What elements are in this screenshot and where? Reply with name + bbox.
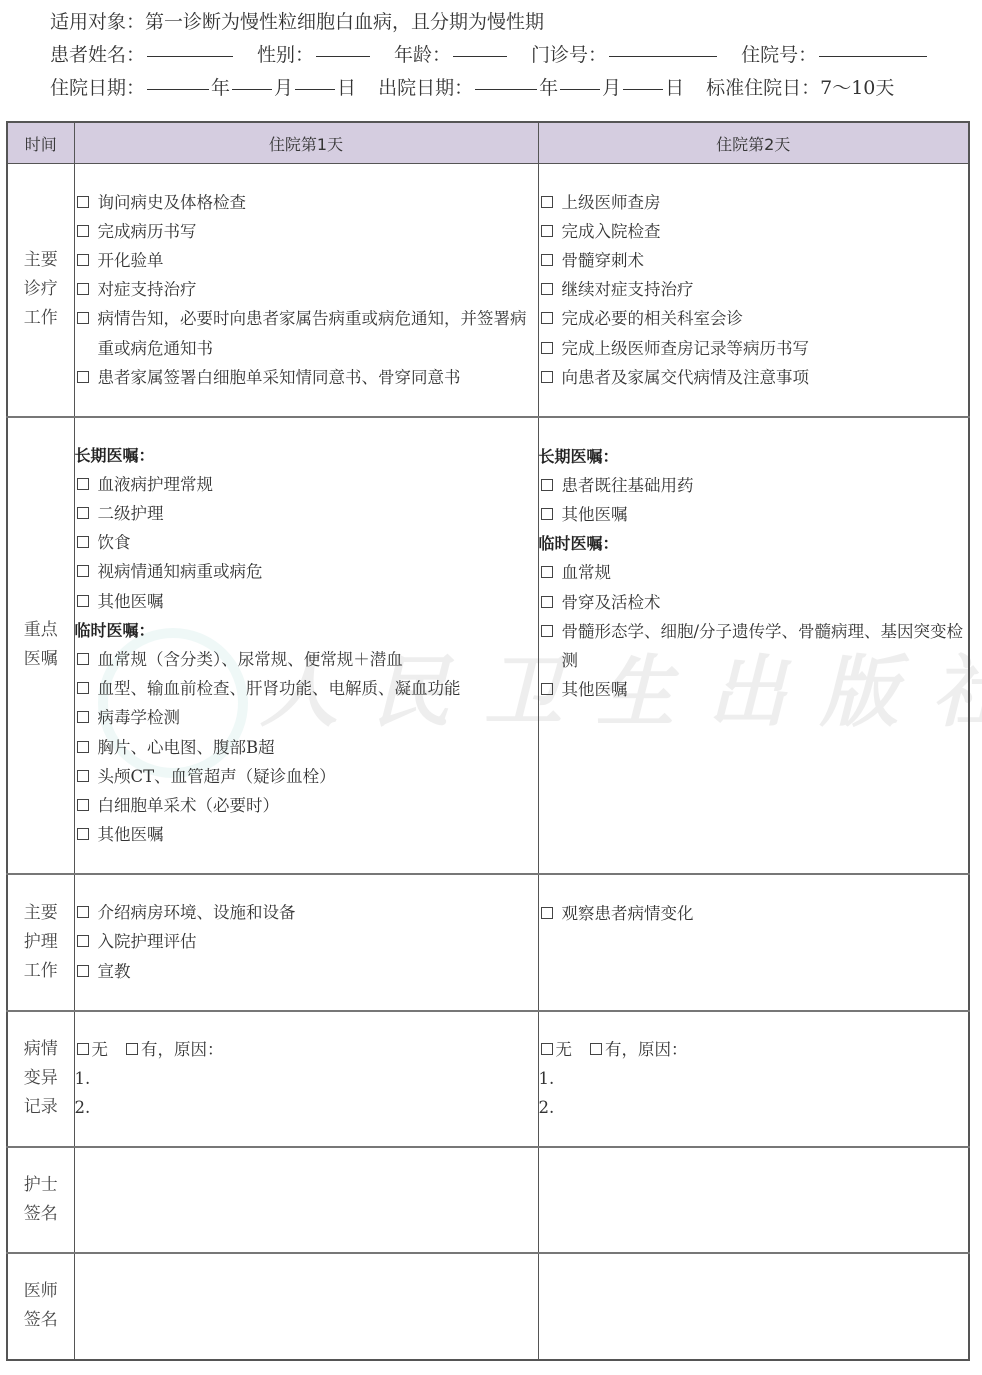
checkbox-icon[interactable]	[541, 907, 553, 919]
checklist-item[interactable]: 骨髓穿刺术	[539, 246, 969, 275]
long-term-orders-title: 长期医嘱：	[539, 442, 969, 471]
checkbox-icon[interactable]	[541, 596, 553, 608]
checklist-item[interactable]: 饮食	[75, 528, 538, 557]
row-label-doctor-sign: 医师 签名	[7, 1253, 74, 1360]
checklist-item[interactable]: 完成入院检查	[539, 217, 969, 246]
variation-reason-1[interactable]: 1.	[75, 1064, 538, 1093]
main-work-day1: 询问病史及体格检查 完成病历书写 开化验单 对症支持治疗 病情告知，必要时向患者…	[74, 164, 538, 417]
applicable-text: 适用对象：第一诊断为慢性粒细胞白血病，且分期为慢性期	[50, 6, 544, 39]
checkbox-icon[interactable]	[541, 508, 553, 520]
checklist-item[interactable]: 胸片、心电图、腹部B超	[75, 733, 538, 762]
checkbox-icon[interactable]	[77, 711, 89, 723]
table-row-doctor-sign: 医师 签名	[7, 1253, 969, 1360]
patient-name-blank[interactable]	[147, 55, 233, 57]
standard-stay: 标准住院日：7～10天	[706, 72, 894, 105]
checkbox-icon[interactable]	[77, 225, 89, 237]
row-label-main-work: 主要 诊疗 工作	[7, 164, 74, 417]
checklist-item[interactable]: 其他医嘱	[539, 500, 969, 529]
checkbox-icon[interactable]	[77, 741, 89, 753]
checkbox-icon[interactable]	[77, 196, 89, 208]
checkbox-icon[interactable]	[77, 595, 89, 607]
checkbox-icon[interactable]	[77, 906, 89, 918]
orders-day1: 长期医嘱： 血液病护理常规 二级护理 饮食 视病情通知病重或病危 其他医嘱 临时…	[74, 417, 538, 874]
variation-yes-option[interactable]: 有，原因：	[124, 1035, 224, 1064]
table-row-nursing: 主要 护理 工作 介绍病房环境、设施和设备 入院护理评估 宣教 观察患者病情变化	[7, 874, 969, 1011]
checkbox-icon[interactable]	[77, 254, 89, 266]
age-field[interactable]: 年龄：	[394, 39, 509, 72]
checklist-item[interactable]: 骨髓形态学、细胞/分子遗传学、骨髓病理、基因突变检测	[539, 617, 969, 675]
checkbox-icon[interactable]	[77, 312, 89, 324]
checkbox-icon[interactable]	[590, 1043, 602, 1055]
variation-none-option[interactable]: 无	[75, 1035, 109, 1064]
checkbox-icon[interactable]	[541, 371, 553, 383]
temporary-orders-title: 临时医嘱：	[539, 529, 969, 558]
inpatient-no-blank[interactable]	[819, 55, 927, 57]
checklist-item[interactable]: 血型、输血前检查、肝肾功能、电解质、凝血功能	[75, 674, 538, 703]
checkbox-icon[interactable]	[77, 770, 89, 782]
checklist-item[interactable]: 病情告知，必要时向患者家属告病重或病危通知，并签署病重或病危通知书	[75, 304, 538, 362]
orders-day2: 长期医嘱： 患者既往基础用药 其他医嘱 临时医嘱： 血常规 骨穿及活检术 骨髓形…	[538, 417, 969, 874]
checkbox-icon[interactable]	[77, 682, 89, 694]
checkbox-icon[interactable]	[77, 283, 89, 295]
admission-month-blank[interactable]	[232, 88, 272, 90]
checklist-item[interactable]: 上级医师查房	[539, 188, 969, 217]
table-row-variation: 病情 变异 记录 无 有，原因： 1. 2. 无 有，原因： 1. 2.	[7, 1011, 969, 1147]
checkbox-icon[interactable]	[541, 225, 553, 237]
checkbox-icon[interactable]	[77, 965, 89, 977]
checklist-item[interactable]: 骨穿及活检术	[539, 588, 969, 617]
doctor-signature-day1[interactable]	[74, 1253, 538, 1360]
checklist-item[interactable]: 血常规	[539, 558, 969, 587]
checkbox-icon[interactable]	[77, 799, 89, 811]
applicable-line: 适用对象：第一诊断为慢性粒细胞白血病，且分期为慢性期	[50, 6, 970, 39]
checklist-item[interactable]: 患者家属签署白细胞单采知情同意书、骨穿同意书	[75, 363, 538, 392]
temporary-orders-title: 临时医嘱：	[75, 616, 538, 645]
checkbox-icon[interactable]	[541, 683, 553, 695]
checkbox-icon[interactable]	[77, 935, 89, 947]
row-label-nurse-sign: 护士 签名	[7, 1147, 74, 1253]
checkbox-icon[interactable]	[77, 371, 89, 383]
checklist-item[interactable]: 头颅CT、血管超声（疑诊血栓）	[75, 762, 538, 791]
checklist-item[interactable]: 病毒学检测	[75, 703, 538, 732]
checklist-item[interactable]: 血液病护理常规	[75, 470, 538, 499]
checklist-item[interactable]: 患者既往基础用药	[539, 471, 969, 500]
checkbox-icon[interactable]	[541, 312, 553, 324]
variation-reason-2[interactable]: 2.	[539, 1093, 969, 1122]
checklist-item[interactable]: 宣教	[75, 957, 538, 986]
checklist-item[interactable]: 血常规（含分类）、尿常规、便常规＋潜血	[75, 645, 538, 674]
date-line: 住院日期： 年 月 日 出院日期： 年 月 日 标准住院日：7～10天	[50, 72, 970, 105]
checklist-item[interactable]: 完成上级医师查房记录等病历书写	[539, 334, 969, 363]
patient-info-line: 患者姓名： 性别： 年龄： 门诊号： 住院号：	[50, 39, 970, 72]
inpatient-no-field[interactable]: 住院号：	[741, 39, 929, 72]
checklist-item[interactable]: 二级护理	[75, 499, 538, 528]
checklist-item[interactable]: 向患者及家属交代病情及注意事项	[539, 363, 969, 392]
checkbox-icon[interactable]	[541, 254, 553, 266]
row-label-variation: 病情 变异 记录	[7, 1011, 74, 1147]
variation-reason-2[interactable]: 2.	[75, 1093, 538, 1122]
doctor-signature-day2[interactable]	[538, 1253, 969, 1360]
discharge-month-blank[interactable]	[560, 88, 600, 90]
row-label-orders: 重点 医嘱	[7, 417, 74, 874]
checklist-item[interactable]: 白细胞单采术（必要时）	[75, 791, 538, 820]
form-header: 适用对象：第一诊断为慢性粒细胞白血病，且分期为慢性期 患者姓名： 性别： 年龄：…	[50, 6, 970, 105]
table-row-nurse-sign: 护士 签名	[7, 1147, 969, 1253]
header-time: 时间	[7, 122, 74, 164]
admission-date-field[interactable]: 住院日期： 年 月 日	[50, 72, 356, 105]
gender-field[interactable]: 性别：	[257, 39, 372, 72]
gender-blank[interactable]	[316, 55, 370, 57]
admission-year-blank[interactable]	[147, 88, 209, 90]
variation-day2: 无 有，原因： 1. 2.	[538, 1011, 969, 1147]
checklist-item[interactable]: 询问病史及体格检查	[75, 188, 538, 217]
nursing-day2: 观察患者病情变化	[538, 874, 969, 1011]
checklist-item[interactable]: 入院护理评估	[75, 927, 538, 956]
main-work-day2: 上级医师查房 完成入院检查 骨髓穿刺术 继续对症支持治疗 完成必要的相关科室会诊…	[538, 164, 969, 417]
checkbox-icon[interactable]	[541, 283, 553, 295]
variation-yes-option[interactable]: 有，原因：	[588, 1035, 688, 1064]
variation-none-option[interactable]: 无	[539, 1035, 573, 1064]
variation-reason-1[interactable]: 1.	[539, 1064, 969, 1093]
checkbox-icon[interactable]	[541, 342, 553, 354]
admission-day-blank[interactable]	[295, 88, 335, 90]
checkbox-icon[interactable]	[126, 1043, 138, 1055]
outpatient-no-field[interactable]: 门诊号：	[531, 39, 719, 72]
checklist-item[interactable]: 观察患者病情变化	[539, 899, 969, 928]
table-row-main-work: 主要 诊疗 工作 询问病史及体格检查 完成病历书写 开化验单 对症支持治疗 病情…	[7, 164, 969, 417]
checkbox-icon[interactable]	[541, 196, 553, 208]
variation-day1: 无 有，原因： 1. 2.	[74, 1011, 538, 1147]
table-row-orders: 重点 医嘱 长期医嘱： 血液病护理常规 二级护理 饮食 视病情通知病重或病危 其…	[7, 417, 969, 874]
checkbox-icon[interactable]	[541, 566, 553, 578]
patient-name-field[interactable]: 患者姓名：	[50, 39, 235, 72]
checkbox-icon[interactable]	[77, 565, 89, 577]
age-blank[interactable]	[453, 55, 507, 57]
row-label-nursing: 主要 护理 工作	[7, 874, 74, 1011]
nurse-signature-day1[interactable]	[74, 1147, 538, 1253]
checklist-item[interactable]: 完成必要的相关科室会诊	[539, 304, 969, 333]
checkbox-icon[interactable]	[77, 536, 89, 548]
discharge-date-field[interactable]: 出院日期： 年 月 日	[378, 72, 684, 105]
discharge-year-blank[interactable]	[475, 88, 537, 90]
checklist-item[interactable]: 介绍病房环境、设施和设备	[75, 898, 538, 927]
checkbox-icon[interactable]	[541, 625, 553, 637]
header-day2: 住院第2天	[538, 122, 969, 164]
checkbox-icon[interactable]	[77, 828, 89, 840]
nurse-signature-day2[interactable]	[538, 1147, 969, 1253]
discharge-day-blank[interactable]	[623, 88, 663, 90]
table-header-row: 时间 住院第1天 住院第2天	[7, 122, 969, 164]
checkbox-icon[interactable]	[77, 653, 89, 665]
checklist-item[interactable]: 继续对症支持治疗	[539, 275, 969, 304]
checklist-item[interactable]: 完成病历书写	[75, 217, 538, 246]
checklist-item[interactable]: 其他医嘱	[539, 675, 969, 704]
header-day1: 住院第1天	[74, 122, 538, 164]
checklist-item[interactable]: 开化验单	[75, 246, 538, 275]
checkbox-icon[interactable]	[541, 1043, 553, 1055]
long-term-orders-title: 长期医嘱：	[75, 441, 538, 470]
nursing-day1: 介绍病房环境、设施和设备 入院护理评估 宣教	[74, 874, 538, 1011]
clinical-pathway-table: 时间 住院第1天 住院第2天 主要 诊疗 工作 询问病史及体格检查 完成病历书写…	[6, 121, 970, 1361]
checklist-item[interactable]: 其他医嘱	[75, 587, 538, 616]
checkbox-icon[interactable]	[77, 507, 89, 519]
checklist-item[interactable]: 其他医嘱	[75, 820, 538, 849]
checklist-item[interactable]: 视病情通知病重或病危	[75, 557, 538, 586]
checkbox-icon[interactable]	[541, 479, 553, 491]
checkbox-icon[interactable]	[77, 478, 89, 490]
checkbox-icon[interactable]	[77, 1043, 89, 1055]
checklist-item[interactable]: 对症支持治疗	[75, 275, 538, 304]
outpatient-no-blank[interactable]	[609, 55, 717, 57]
